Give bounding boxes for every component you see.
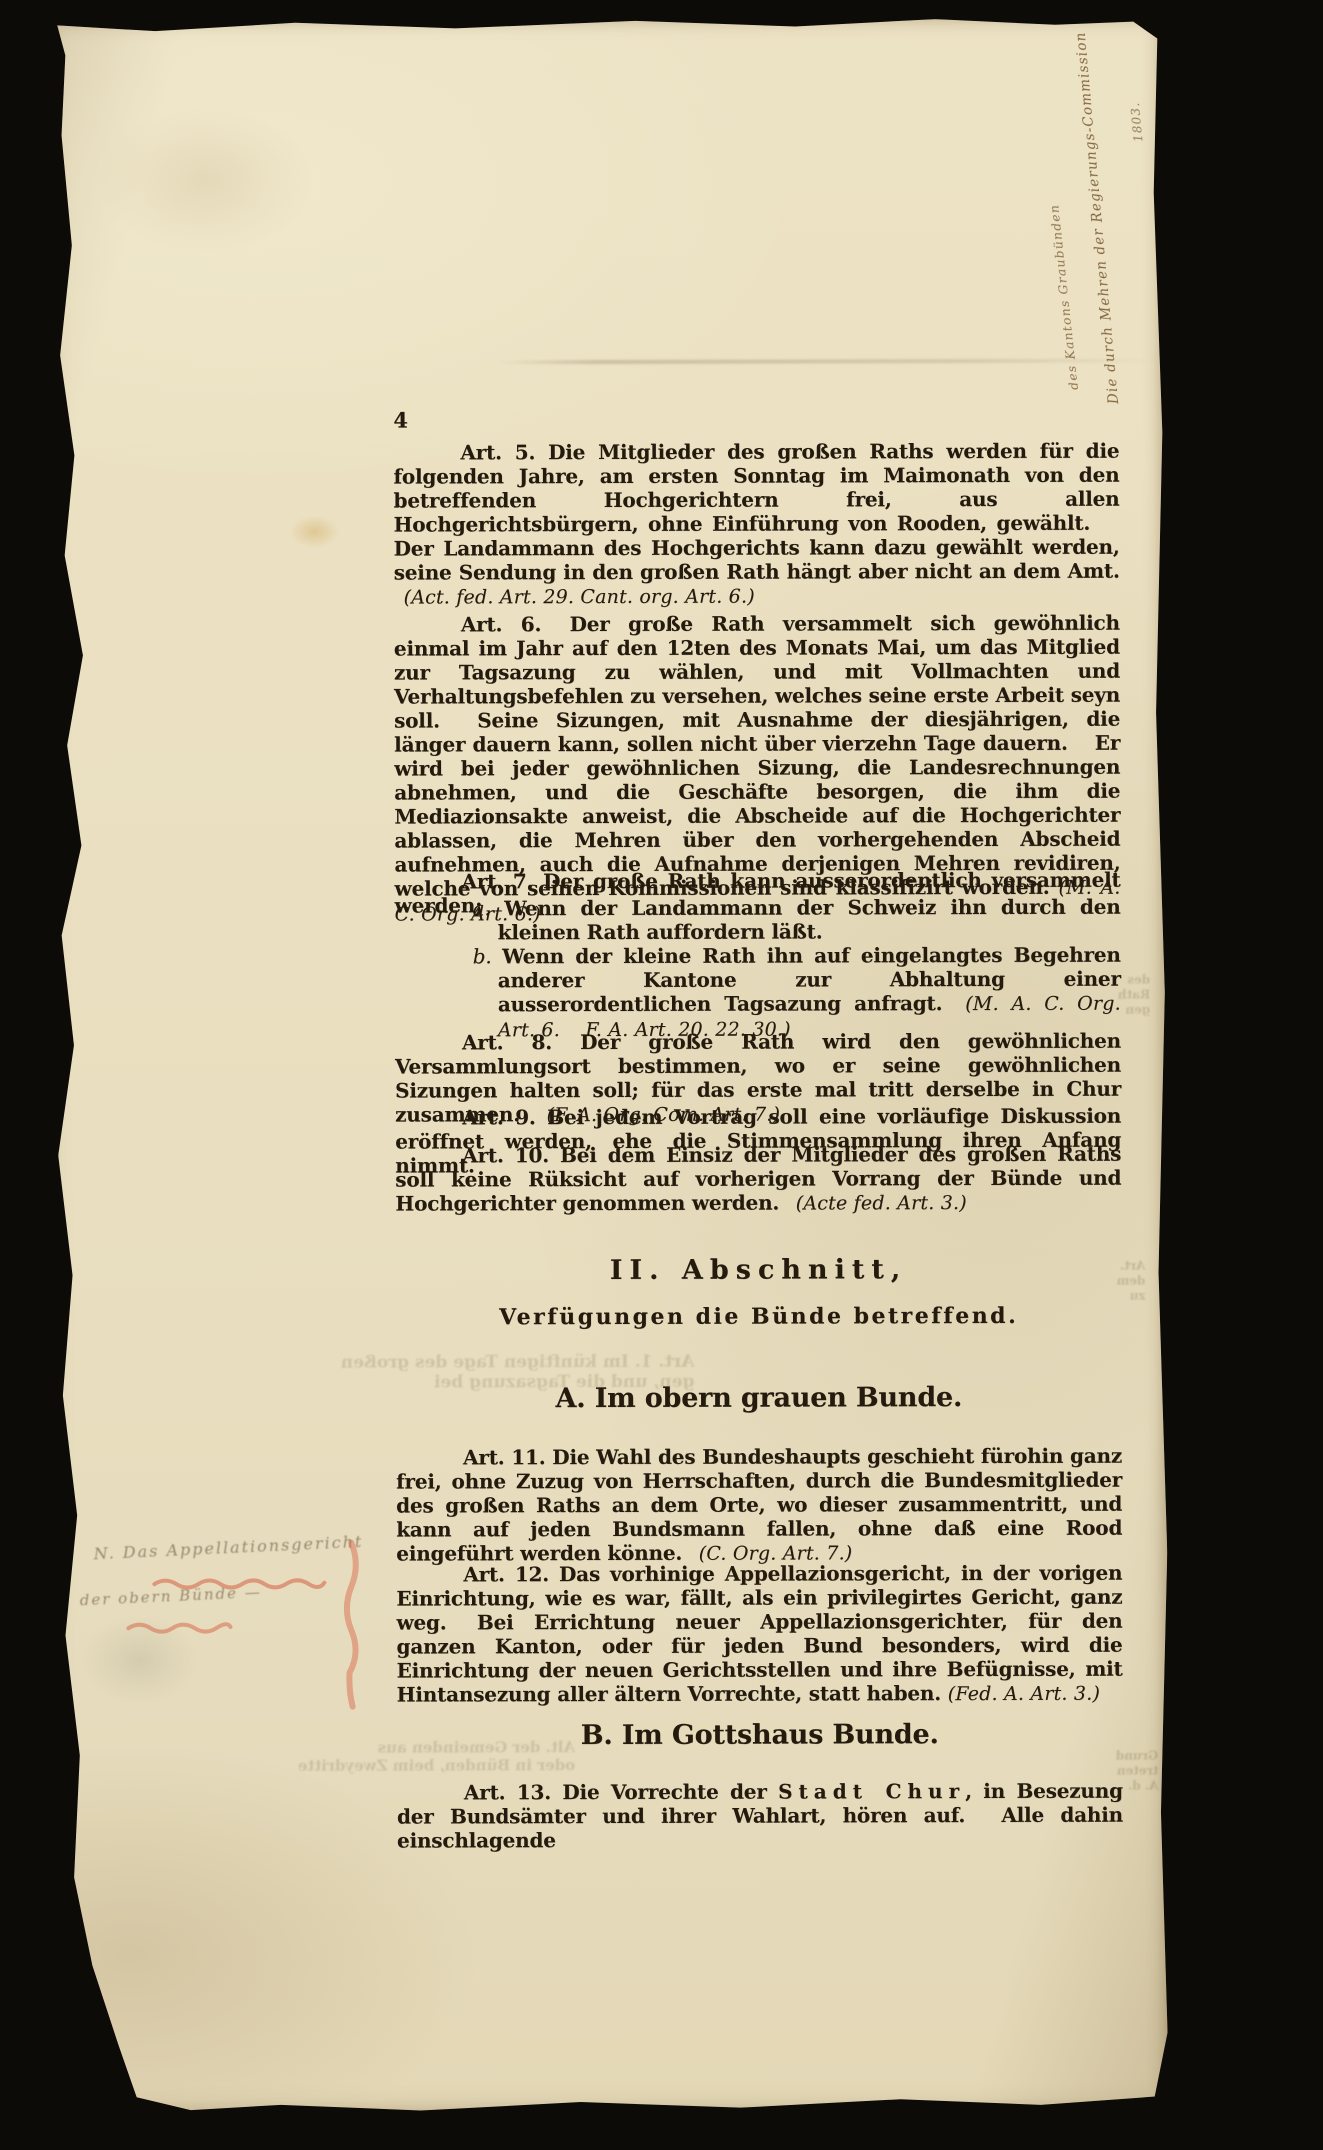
ghost-line: Grund <box>1116 1749 1158 1764</box>
subsection-a-heading: A. Im obern grauen Bunde. <box>396 1382 1122 1416</box>
document-scan: Art. 1. Im künftigen Tage des großen gen… <box>0 0 1323 2150</box>
subsection-b-heading: B. Im Gottshaus Bunde. <box>397 1719 1123 1753</box>
text-segment-c: (Fed. A. Art. 3.) <box>948 1683 1100 1705</box>
handwritten-annotation-date: 1803. <box>1128 101 1146 142</box>
article-5: Art. 5. Die Mitglieder des großen Raths … <box>393 439 1119 610</box>
pencil-margin-note-line: N. Das Appellationsgericht <box>93 1532 364 1563</box>
text-segment-sp: Stadt Chur <box>778 1779 965 1803</box>
red-pencil-underline <box>151 1575 329 1595</box>
article-7-item-b: b. Wenn der kleine Rath ihn auf eingelan… <box>395 943 1121 1043</box>
section-subtitle: Verfügungen die Bünde betreffend. <box>396 1302 1122 1332</box>
text-segment-f: Art. 10. Bei dem Einsiz der Mitglieder d… <box>395 1142 1121 1216</box>
section-heading: II. Abschnitt, <box>395 1254 1121 1288</box>
page-number: 4 <box>393 408 453 432</box>
handwritten-annotation-line: Die durch Mehren der Regierungs-Commissi… <box>1073 31 1122 405</box>
ghost-line: Rath <box>1118 988 1150 1003</box>
paper-crease <box>496 359 1158 365</box>
text-segment-c: (Act. fed. Art. 29. Cant. org. Art. 6.) <box>404 586 755 609</box>
red-pencil-vertical-stroke <box>335 1539 365 1715</box>
article-12: Art. 12. Das vorhinige Appellazionsgeric… <box>396 1561 1122 1708</box>
article-11: Art. 11. Die Wahl des Bundeshaupts gesch… <box>396 1444 1122 1567</box>
paper-stain <box>95 105 315 256</box>
text-segment-m: b. <box>473 944 503 968</box>
text-segment-m: a. <box>473 896 505 920</box>
text-segment-c: (Acte fed. Art. 3.) <box>796 1192 967 1214</box>
ghost-line: gen <box>1118 1003 1150 1018</box>
text-segment-f: Art. 5. Die Mitglieder des großen Raths … <box>393 439 1119 609</box>
text-segment-f: Art. 13. Die Vorrechte der <box>464 1780 778 1805</box>
red-pencil-underline <box>125 1619 235 1639</box>
paper-page: Art. 1. Im künftigen Tage des großen gen… <box>35 13 1171 2122</box>
article-13: Art. 13. Die Vorrechte der Stadt Chur, i… <box>397 1779 1123 1853</box>
text-column: 4Art. 5. Die Mitglieder des großen Raths… <box>35 13 1165 16</box>
ghost-line: treten <box>1116 1764 1158 1779</box>
paper-stain <box>289 515 341 549</box>
ghost-line: Art. 1. Im künftigen Tage des großen <box>341 1352 695 1373</box>
text-segment-f: Art. 6. Der große Rath versammelt sich g… <box>394 611 1121 901</box>
ghost-line: oder in Bünden, beim Zweydritte <box>298 1756 575 1775</box>
text-segment-f: Wenn der Landammann der Schweiz ihn durc… <box>498 895 1121 945</box>
article-7-item-a: a. Wenn der Landammann der Schweiz ihn d… <box>395 895 1121 945</box>
ghost-line: des <box>1118 973 1150 988</box>
scan-background: { "page": { "number": "4" }, "document":… <box>0 0 1323 2150</box>
show-through-text: des Rath gen <box>1118 973 1150 1018</box>
article-10: Art. 10. Bei dem Einsiz der Mitglieder d… <box>395 1142 1121 1217</box>
